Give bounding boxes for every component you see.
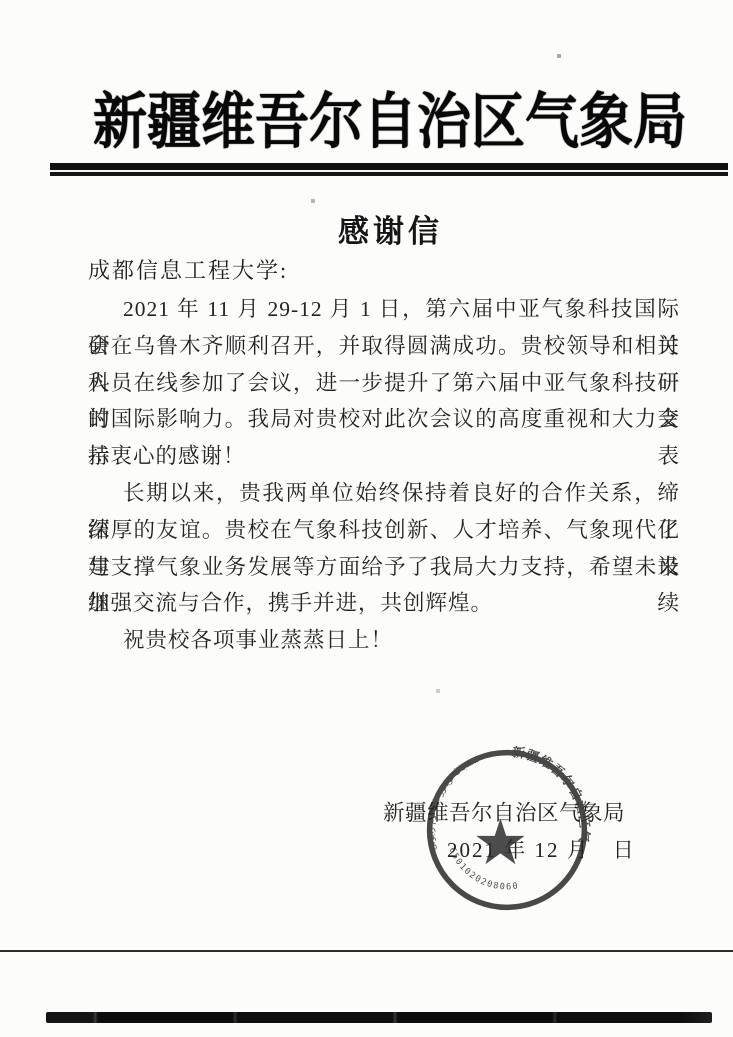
body-line: 会在乌鲁木齐顺利召开，并取得圆满成功。贵校领导和相关科研 bbox=[88, 328, 680, 365]
scan-artifact-bottom-bar bbox=[46, 1012, 712, 1023]
body-line: 祝贵校各项事业蒸蒸日上！ bbox=[88, 622, 680, 659]
letter-body: 2021 年 11 月 29-12 月 1 日，第六届中亚气象科技国际研讨会在乌… bbox=[88, 291, 680, 659]
letterhead-title: 新疆维吾尔自治区气象局 bbox=[93, 86, 693, 159]
body-line: 2021 年 11 月 29-12 月 1 日，第六届中亚气象科技国际研讨 bbox=[88, 291, 680, 328]
body-line: 人员在线参加了会议，进一步提升了第六届中亚气象科技研讨会 bbox=[88, 365, 680, 402]
salutation: 成都信息工程大学: bbox=[88, 254, 288, 285]
body-line: 与支撑气象业务发展等方面给予了我局大力支持，希望未来继续 bbox=[88, 549, 680, 586]
scan-specks bbox=[0, 0, 2, 2]
body-line: 的国际影响力。我局对贵校对此次会议的高度重视和大力支持表 bbox=[88, 401, 680, 438]
letterhead-rule bbox=[50, 163, 728, 176]
body-line: 深厚的友谊。贵校在气象科技创新、人才培养、气象现代化建设 bbox=[88, 512, 680, 549]
official-seal: شىنجاڭ ئۇيغۇر ئاپتونوم رايونى 新疆维吾尔自治区气象… bbox=[423, 746, 591, 914]
body-line: 长期以来，贵我两单位始终保持着良好的合作关系，缔结了 bbox=[88, 475, 680, 512]
seal-star-icon: ★ bbox=[472, 805, 529, 879]
scanned-letter-page: 新疆维吾尔自治区气象局 感谢信 成都信息工程大学: 2021 年 11 月 29… bbox=[0, 0, 733, 1037]
scan-artifact-thin-line bbox=[0, 950, 733, 952]
letter-title: 感谢信 bbox=[338, 206, 443, 251]
